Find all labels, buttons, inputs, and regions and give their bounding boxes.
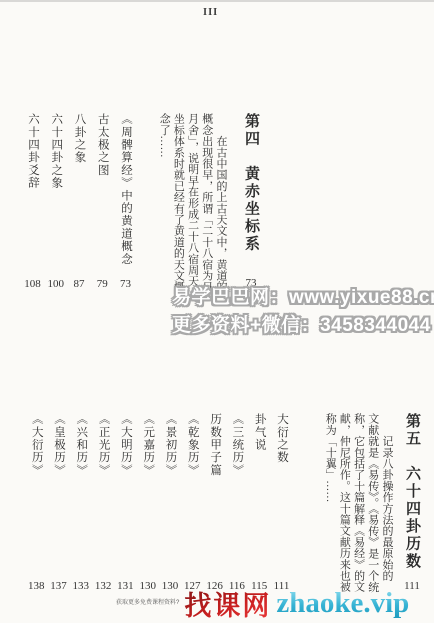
chapter-intro-text-5: 记录八卦操作方法的最原始的 文献就是《易传》。《易传》是一个统 称，它包括了十篇… (323, 413, 394, 605)
book-toc-page: III 第四 黄赤坐标系 73 在古中国的上古天文中，黄道的 概念出现很早，所谓… (0, 0, 434, 623)
toc-entry: 《乾象历》127 (185, 413, 200, 592)
chapter-heading-5: 第五 六十四卦历数 111 (402, 413, 422, 592)
toc-entry-page: 133 (73, 580, 90, 592)
toc-entry-page: 137 (50, 580, 67, 592)
toc-entry-title: 《兴和历》 (73, 413, 89, 477)
toc-entry-title: 《大明历》 (118, 413, 134, 477)
toc-entry-title: 《皇极历》 (51, 413, 67, 477)
toc-entry: 《大衍历》138 (29, 413, 44, 592)
toc-entry-title: 大衍之数 (274, 413, 290, 464)
watermark-zhaoke: 获取更多免费课程资料? 找课网 zhaoke.vip (116, 584, 409, 623)
toc-entry-title: 《周髀算经》中的黄道概念 (118, 113, 134, 265)
toc-entry-page: 108 (24, 278, 41, 290)
toc-entry-page: 79 (97, 278, 108, 290)
toc-entry-title: 历数甲子篇 (207, 413, 223, 477)
watermark-small-note: 获取更多免费课程资料? (116, 600, 179, 607)
toc-entry: 《正光历》132 (96, 413, 111, 592)
toc-entry: 《皇极历》137 (51, 413, 66, 592)
toc-entry: 《兴和历》133 (73, 413, 88, 592)
toc-entry-title: 《乾象历》 (185, 413, 201, 477)
toc-entry-title: 六十四卦爻辞 (25, 113, 41, 189)
chapter-intro-text-4: 在古中国的上古天文中，黄道的 概念出现很早，所谓「二十八宿为日 月舍」，说明早在… (157, 113, 228, 294)
toc-entry: 《三统历》116 (229, 413, 244, 592)
toc-entry-page: 87 (74, 278, 85, 290)
toc-entry: 六十四卦爻辞108 (25, 113, 40, 290)
watermark-site-line: 易学巴巴网：www.yixue88.cn (172, 284, 434, 312)
toc-entry: 大衍之数111 (274, 413, 289, 592)
toc-entry-page: 138 (28, 580, 45, 592)
toc-entry-title: 古太极之图 (95, 113, 111, 177)
toc-entry: 《周髀算经》中的黄道概念73 (118, 113, 133, 290)
watermark-brand-url: zhaoke.vip (276, 587, 409, 620)
toc-entry-title: 《大衍历》 (29, 413, 45, 477)
watermark-yixue: 易学巴巴网：www.yixue88.cn 更多资料+微信：3458344044 (172, 284, 434, 339)
toc-entry: 卦气说115 (252, 413, 267, 592)
chapter-heading-4: 第四 黄赤坐标系 73 (241, 113, 261, 289)
watermark-brand-chinese: 找课网 (184, 584, 271, 623)
toc-entry: 《大明历》131 (118, 413, 133, 592)
toc-entry: 八卦之象87 (72, 113, 87, 290)
chapter-heading-title: 第五 六十四卦历数 (402, 413, 423, 571)
watermark-wechat-line: 更多资料+微信：3458344044 (172, 312, 434, 340)
toc-entry: 六十四卦之象100 (48, 113, 63, 290)
toc-entry: 《景初历》130 (163, 413, 178, 592)
page-folio-number: III (203, 7, 218, 18)
toc-entry: 历数甲子篇126 (207, 413, 222, 592)
toc-entry-title: 六十四卦之象 (48, 113, 64, 189)
toc-entry: 古太极之图79 (95, 113, 110, 290)
toc-entry-page: 100 (48, 278, 65, 290)
toc-entry-title: 《正光历》 (96, 413, 112, 477)
toc-entry-page: 73 (120, 278, 131, 290)
toc-entry-title: 《三统历》 (229, 413, 245, 477)
toc-entry-title: 《元嘉历》 (140, 413, 156, 477)
toc-entry-title: 卦气说 (252, 413, 268, 451)
toc-entry-title: 八卦之象 (72, 113, 88, 164)
toc-entry: 《元嘉历》130 (140, 413, 155, 592)
toc-entry-title: 《景初历》 (163, 413, 179, 477)
chapter-heading-title: 第四 黄赤坐标系 (241, 113, 262, 253)
toc-entry-page: 132 (95, 580, 112, 592)
